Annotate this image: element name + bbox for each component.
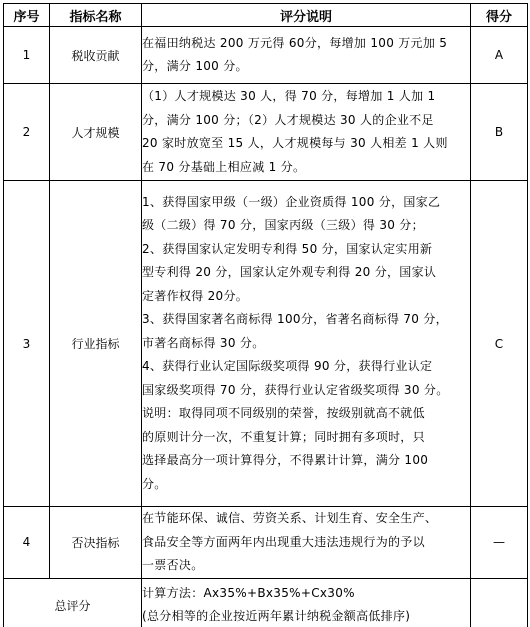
header-row: 序号 指标名称 评分说明 得分 xyxy=(4,4,528,27)
desc-line: 级（二级）得 70 分，国家丙级（三级）得 30 分； xyxy=(142,214,470,238)
scoring-table: 序号 指标名称 评分说明 得分 1 税收贡献 在福田纳税达 200 万元得 60… xyxy=(3,3,528,627)
table-row: 4 否决指标 在节能环保、诚信、劳资关系、计划生育、安全生产、 食品安全等方面两… xyxy=(4,507,528,579)
desc-line: 3、获得国家著名商标得 100分，省著名商标得 70 分， xyxy=(142,308,470,332)
desc-line: 国家级奖项得 70 分，获得行业认定省级奖项得 30 分。 xyxy=(142,379,470,403)
row-description: 1、获得国家甲级（一级）企业资质得 100 分，国家乙 级（二级）得 70 分，… xyxy=(142,181,471,507)
desc-line: 定著作权得 20分。 xyxy=(142,285,470,309)
total-label: 总评分 xyxy=(4,578,142,627)
table-row: 2 人才规模 （1）人才规模达 30 人，得 70 分，每增加 1 人加 1 分… xyxy=(4,84,528,181)
desc-line: 在福田纳税达 200 万元得 60分，每增加 100 万元加 5 xyxy=(142,32,470,56)
desc-line: 食品安全等方面两年内出现重大违法违规行为的予以 xyxy=(142,531,470,555)
total-row: 总评分 计算方法：Ax35%+Bx35%+Cx30% (总分相等的企业按近两年累… xyxy=(4,578,528,627)
desc-line: 2、获得国家认定发明专利得 50 分，国家认定实用新 xyxy=(142,238,470,262)
row-no: 4 xyxy=(4,507,50,579)
row-indicator-name: 行业指标 xyxy=(50,181,142,507)
header-description: 评分说明 xyxy=(142,4,471,27)
header-no: 序号 xyxy=(4,4,50,27)
desc-line: 1、获得国家甲级（一级）企业资质得 100 分，国家乙 xyxy=(142,191,470,215)
header-score: 得分 xyxy=(471,4,528,27)
row-description: （1）人才规模达 30 人，得 70 分，每增加 1 人加 1 分，满分 100… xyxy=(142,84,471,181)
desc-line: 4、获得行业认定国际级奖项得 90 分，获得行业认定 xyxy=(142,355,470,379)
desc-line: 一票否决。 xyxy=(142,554,470,578)
desc-line: 在节能环保、诚信、劳资关系、计划生育、安全生产、 xyxy=(142,507,470,531)
desc-line: 分。 xyxy=(142,473,470,497)
desc-line: 型专利得 20 分，国家认定外观专利得 20 分，国家认 xyxy=(142,261,470,285)
desc-line: 20 家时放宽至 15 人，人才规模每与 30 人相差 1 人则 xyxy=(142,132,470,156)
table-row: 1 税收贡献 在福田纳税达 200 万元得 60分，每增加 100 万元加 5 … xyxy=(4,27,528,84)
desc-line: 在 70 分基础上相应减 1 分。 xyxy=(142,156,470,180)
desc-line: 分，满分 100 分；（2）人才规模达 30 人的企业不足 xyxy=(142,109,470,133)
tiebreak-note: (总分相等的企业按近两年累计纳税金额高低排序) xyxy=(142,605,470,627)
row-description: 在节能环保、诚信、劳资关系、计划生育、安全生产、 食品安全等方面两年内出现重大违… xyxy=(142,507,471,579)
row-score: A xyxy=(471,27,528,84)
row-indicator-name: 否决指标 xyxy=(50,507,142,579)
header-indicator-name: 指标名称 xyxy=(50,4,142,27)
row-indicator-name: 人才规模 xyxy=(50,84,142,181)
desc-line: 说明：取得同项不同级别的荣誉，按级别就高不就低 xyxy=(142,402,470,426)
formula-line: 计算方法：Ax35%+Bx35%+Cx30% xyxy=(142,582,470,606)
desc-line: （1）人才规模达 30 人，得 70 分，每增加 1 人加 1 xyxy=(142,85,470,109)
table-row: 3 行业指标 1、获得国家甲级（一级）企业资质得 100 分，国家乙 级（二级）… xyxy=(4,181,528,507)
desc-line: 的原则计分一次，不重复计算；同时拥有多项时，只 xyxy=(142,426,470,450)
row-no: 3 xyxy=(4,181,50,507)
row-indicator-name: 税收贡献 xyxy=(50,27,142,84)
row-no: 1 xyxy=(4,27,50,84)
row-no: 2 xyxy=(4,84,50,181)
row-score: B xyxy=(471,84,528,181)
desc-line: 分，满分 100 分。 xyxy=(142,55,470,79)
row-description: 在福田纳税达 200 万元得 60分，每增加 100 万元加 5 分，满分 10… xyxy=(142,27,471,84)
row-score: C xyxy=(471,181,528,507)
total-description: 计算方法：Ax35%+Bx35%+Cx30% (总分相等的企业按近两年累计纳税金… xyxy=(142,578,471,627)
row-score: — xyxy=(471,507,528,579)
total-score xyxy=(471,578,528,627)
desc-line: 市著名商标得 30 分。 xyxy=(142,332,470,356)
desc-line: 选择最高分一项计算得分，不得累计计算，满分 100 xyxy=(142,449,470,473)
